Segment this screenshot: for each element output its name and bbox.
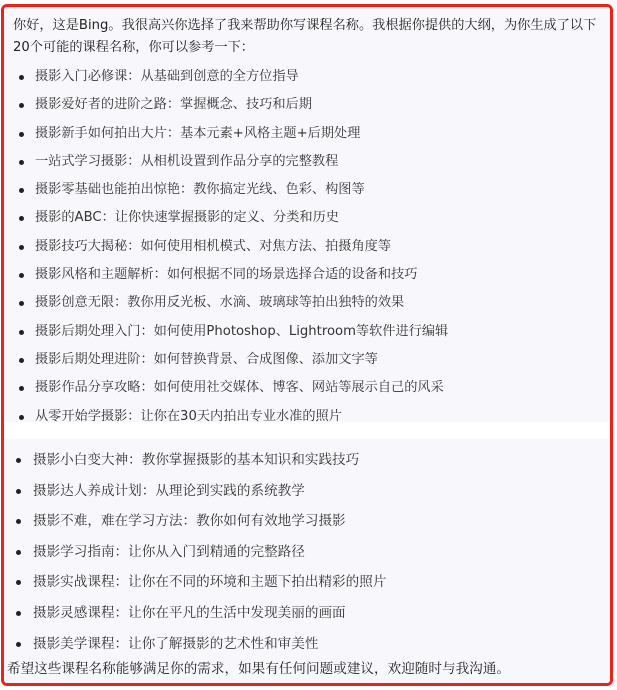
bullet-icon [19, 415, 24, 420]
message-outro: 希望这些课程名称能够满足你的需求，如果有任何问题或建议，欢迎随时与我沟通。 [7, 658, 510, 680]
highlighted-chat-message: 你好，这是Bing。我很高兴你选择了我来帮助你写课程名称。我根据你提供的大纲，为… [1, 4, 613, 686]
bullet-icon [19, 75, 24, 80]
bullet-icon [16, 458, 21, 463]
bullet-icon [19, 245, 24, 250]
bullet-icon [19, 132, 24, 137]
bullet-icon [16, 550, 21, 555]
bullet-icon [19, 160, 24, 165]
bullet-icon [19, 358, 24, 363]
bullet-icon [16, 642, 21, 647]
bullet-icon [16, 489, 21, 494]
message-intro: 你好，这是Bing。我很高兴你选择了我来帮助你写课程名称。我根据你提供的大纲，为… [13, 15, 609, 59]
bullet-icon [19, 330, 24, 335]
bullet-icon [16, 611, 21, 616]
